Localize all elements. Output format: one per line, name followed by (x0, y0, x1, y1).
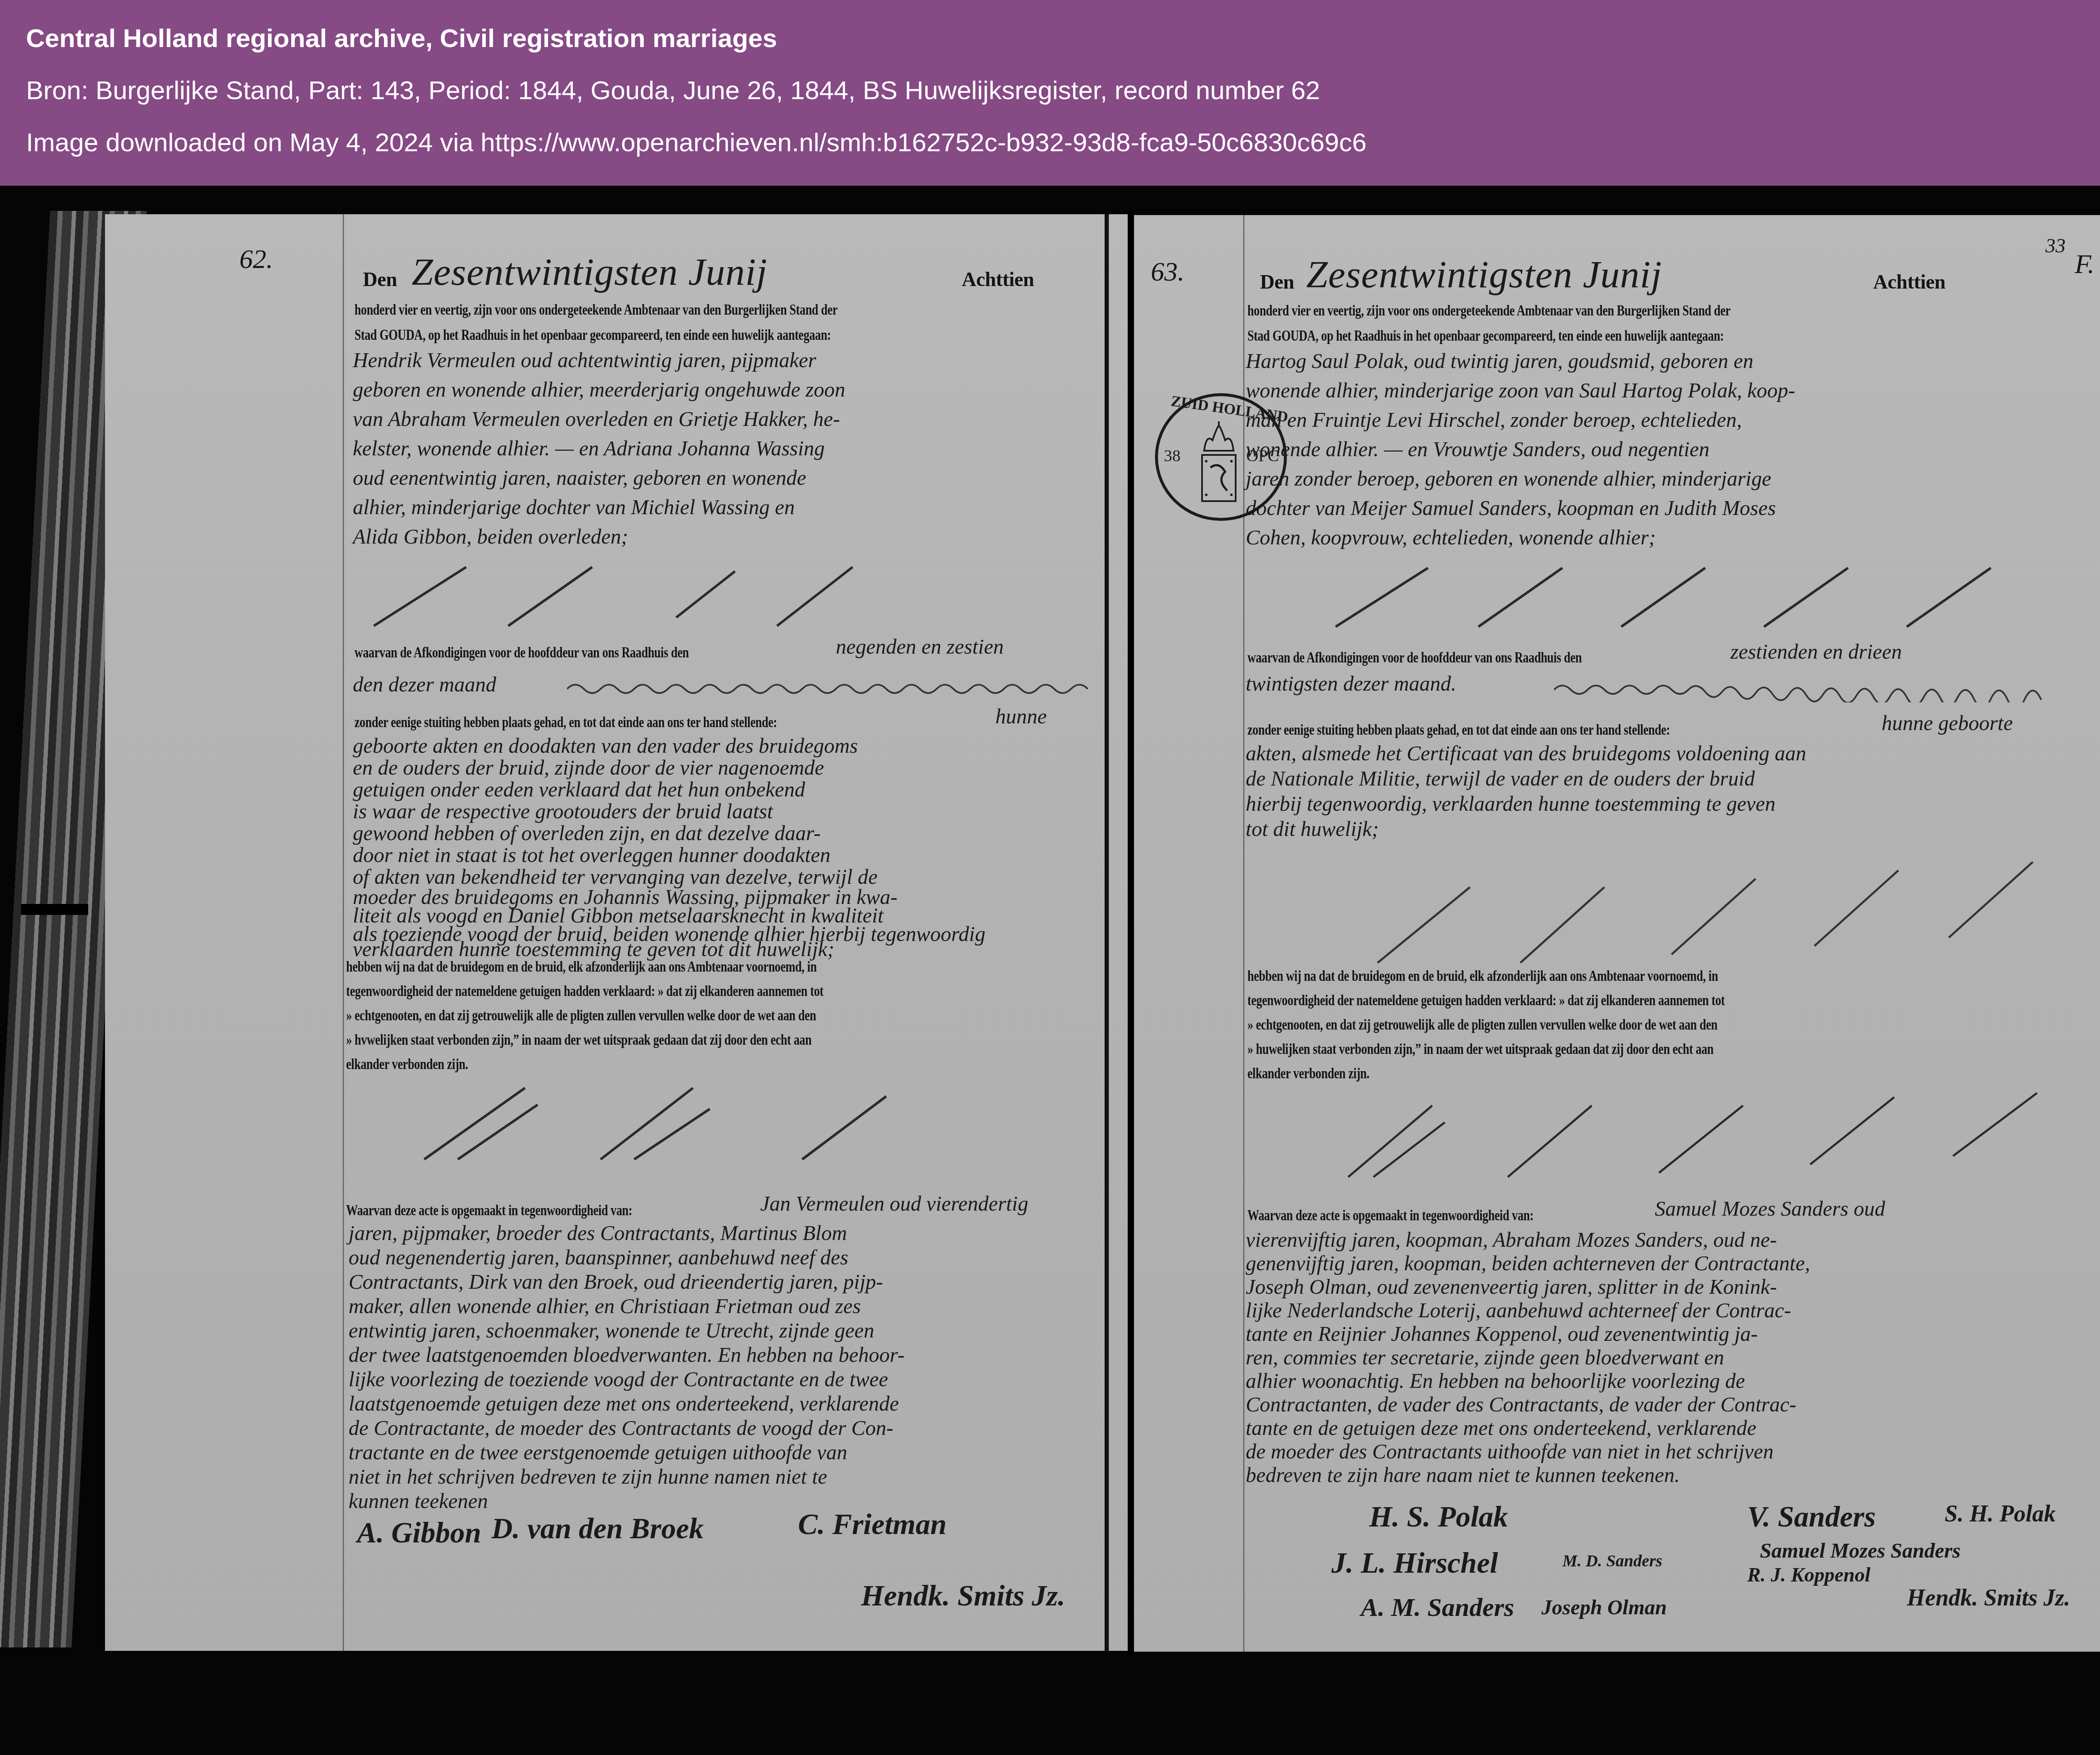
printed-line: » echtgenooten, en dat zij getrouwelijk … (1247, 1016, 1717, 1033)
left-page: 62. Den Zesentwintigsten Junij Achttien … (105, 214, 1130, 1651)
handwritten-line: vierenvijftig jaren, koopman, Abraham Mo… (1246, 1227, 1777, 1252)
printed-line: tegenwoordigheid der natemeldene getuige… (1247, 991, 1725, 1009)
printed-line: » huwelijken staat verbonden zijn,” in n… (1247, 1040, 1714, 1058)
handwritten-dates: zestienden en drieen (1730, 639, 1902, 664)
register-scan: 62. Den Zesentwintigsten Junij Achttien … (0, 186, 2100, 1755)
handwritten-date: Zesentwintigsten Junij (1306, 252, 1662, 297)
printed-achttien: Achttien (962, 268, 1034, 291)
printed-waarvan: Waarvan deze acte is opgemaakt in tegenw… (346, 1201, 632, 1219)
handwritten-line: ren, commies ter secretarie, zijnde geen… (1246, 1345, 1724, 1369)
folio-mark: F. (2075, 249, 2095, 280)
handwritten-line: Jan Vermeulen oud vierendertig (760, 1191, 1028, 1216)
handwritten-line: Alida Gibbon, beiden overleden; (353, 524, 628, 549)
handwritten-line: getuigen onder eeden verklaard dat het h… (353, 777, 805, 801)
handwritten-line: hierbij tegenwoordig, verklaarden hunne … (1246, 791, 1775, 816)
handwritten-line: wonende alhier. — en Vrouwtje Sanders, o… (1246, 437, 1709, 461)
handwritten-line: Hartog Saul Polak, oud twintig jaren, go… (1246, 349, 1753, 373)
source-citation: Bron: Burgerlijke Stand, Part: 143, Peri… (26, 76, 1320, 105)
handwritten-line: tractante en de twee eerstgenoemde getui… (349, 1440, 847, 1464)
handwritten-line: den dezer maand (353, 672, 496, 696)
printed-line: honderd vier en veertig, zijn voor ons o… (354, 301, 837, 318)
printed-line: » echtgenooten, en dat zij getrouwelijk … (346, 1006, 816, 1024)
handwritten-line: oud eenentwintig jaren, naaister, gebore… (353, 465, 806, 490)
handwritten-date: Zesentwintigsten Junij (412, 250, 767, 294)
printed-den: Den (1260, 271, 1294, 294)
handwritten-line: geboren en wonende alhier, meerderjarig … (353, 377, 845, 402)
handwritten-line: der twee laatstgenoemden bloedverwanten.… (349, 1343, 905, 1367)
line-filler (1554, 681, 2066, 702)
handwritten-line: genenvijftig jaren, koopman, beiden acht… (1246, 1251, 1810, 1275)
printed-line: Stad GOUDA, op het Raadhuis in het openb… (354, 326, 831, 344)
handwritten-line: entwintig jaren, schoenmaker, wonende te… (349, 1318, 874, 1343)
handwritten-line: laatstgenoemde getuigen deze met ons ond… (349, 1391, 899, 1416)
printed-afkondigingen: waarvan de Afkondigingen voor de hoofdde… (354, 644, 689, 661)
fill-flourish (1344, 837, 2100, 971)
fill-flourish (357, 550, 1113, 634)
printed-afkondigingen: waarvan de Afkondigingen voor de hoofdde… (1247, 649, 1582, 666)
handwritten-line: lijke voorlezing de toeziende voogd der … (349, 1367, 888, 1391)
crown-crest-icon (1200, 421, 1238, 505)
handwritten-line: dochter van Meijer Samuel Sanders, koopm… (1246, 496, 1776, 520)
archive-header: Central Holland regional archive, Civil … (0, 0, 2100, 186)
handwritten-line: bedreven te zijn hare naam niet te kunne… (1246, 1463, 1680, 1487)
printed-den: Den (363, 268, 397, 291)
signature: Samuel Mozes Sanders (1760, 1538, 1961, 1563)
stamp-text: 38 (1164, 446, 1181, 465)
page-tab-left (21, 904, 88, 915)
handwritten-line: gewoond hebben of overleden zijn, en dat… (353, 821, 821, 845)
printed-line: elkander verbonden zijn. (346, 1055, 468, 1073)
fill-flourish (1323, 1080, 2079, 1181)
signature: J. L. Hirschel (1331, 1547, 1498, 1580)
printed-zonder: zonder eenige stuiting hebben plaats geh… (354, 713, 777, 731)
fill-flourish (1302, 551, 2100, 635)
signature: D. van den Broek (491, 1512, 704, 1546)
archive-title: Central Holland regional archive, Civil … (26, 24, 777, 53)
printed-achttien: Achttien (1873, 271, 1945, 294)
handwritten-line: jaren, pijpmaker, broeder des Contractan… (349, 1221, 847, 1245)
line-filler (567, 680, 1113, 697)
handwritten-line: alhier, minderjarige dochter van Michiel… (353, 495, 795, 519)
registrar-signature: Hendk. Smits Jz. (861, 1579, 1065, 1613)
handwritten-word: hunne (995, 704, 1047, 728)
printed-line: Stad GOUDA, op het Raadhuis in het openb… (1247, 327, 1724, 344)
printed-line: » hvwelijken staat verbonden zijn,” in n… (346, 1031, 811, 1048)
signature: M. D. Sanders (1562, 1551, 1662, 1571)
page-border (1105, 214, 1109, 1651)
handwritten-line: maker, allen wonende alhier, en Christia… (349, 1294, 861, 1318)
handwritten-line: tante en Reijnier Johannes Koppenol, oud… (1246, 1322, 1758, 1346)
handwritten-line: Cohen, koopvrouw, echtelieden, wonende a… (1246, 525, 1656, 549)
tax-stamp: ZUID HOLLAND. 38 OPC (1155, 393, 1287, 521)
record-number: 63. (1151, 256, 1184, 287)
handwritten-line: van Abraham Vermeulen overleden en Griet… (353, 407, 840, 431)
printed-waarvan: Waarvan deze acte is opgemaakt in tegenw… (1247, 1206, 1533, 1224)
handwritten-dates: negenden en zestien (836, 634, 1004, 659)
handwritten-line: tante en de getuigen deze met ons ondert… (1246, 1416, 1756, 1440)
fill-flourish (399, 1071, 1113, 1164)
handwritten-line: Contractanten, de vader des Contractants… (1246, 1392, 1796, 1416)
handwritten-line: twintigsten dezer maand. (1246, 671, 1456, 696)
margin-rule (343, 214, 344, 1651)
handwritten-line: wonende alhier, minderjarige zoon van Sa… (1246, 378, 1795, 402)
printed-line: hebben wij na dat de bruidegom en de bru… (1247, 967, 1718, 985)
handwritten-line: niet in het schrijven bedreven te zijn h… (349, 1464, 827, 1489)
handwritten-line: de Nationale Militie, terwijl de vader e… (1246, 766, 1755, 791)
handwritten-line: Hendrik Vermeulen oud achtentwintig jare… (353, 348, 816, 372)
handwritten-word: hunne geboorte (1882, 711, 2013, 735)
handwritten-line: lijke Nederlandsche Loterij, aanbehuwd a… (1246, 1298, 1791, 1322)
printed-zonder: zonder eenige stuiting hebben plaats geh… (1247, 721, 1670, 738)
handwritten-line: Contractants, Dirk van den Broek, oud dr… (349, 1269, 883, 1294)
handwritten-line: akten, alsmede het Certificaat van des b… (1246, 741, 1806, 765)
handwritten-line: kunnen teekenen (349, 1489, 488, 1513)
signature: C. Frietman (798, 1508, 947, 1542)
handwritten-line: en de ouders der bruid, zijnde door de v… (353, 755, 824, 780)
handwritten-line: alhier woonachtig. En hebben na behoorli… (1246, 1369, 1745, 1393)
handwritten-line: oud negenendertig jaren, baanspinner, aa… (349, 1245, 848, 1269)
handwritten-line: kelster, wonende alhier. — en Adriana Jo… (353, 436, 825, 460)
printed-line: elkander verbonden zijn. (1247, 1064, 1369, 1082)
record-number: 62. (239, 244, 273, 275)
download-note: Image downloaded on May 4, 2024 via http… (26, 128, 1367, 158)
handwritten-line: Joseph Olman, oud zevenenveertig jaren, … (1246, 1274, 1777, 1299)
handwritten-line: jaren zonder beroep, geboren en wonende … (1246, 466, 1771, 491)
signature: A. Gibbon (357, 1516, 481, 1550)
printed-line: honderd vier en veertig, zijn voor ons o… (1247, 302, 1730, 319)
signature: Joseph Olman (1541, 1595, 1667, 1619)
stamp-text: OPC (1246, 446, 1279, 465)
handwritten-line: geboorte akten en doodakten van den vade… (353, 733, 858, 758)
signature: A. M. Sanders (1361, 1593, 1514, 1623)
printed-line: hebben wij na dat de bruidegom en de bru… (346, 958, 816, 975)
signature: S. H. Polak (1945, 1500, 2055, 1527)
handwritten-line: door niet in staat is tot het overleggen… (353, 843, 830, 867)
handwritten-line: man en Fruintje Levi Hirschel, zonder be… (1246, 407, 1742, 432)
handwritten-line: is waar de respective grootouders der br… (353, 799, 773, 823)
signature: R. J. Koppenol (1747, 1563, 1870, 1587)
folio-number: 33 (2045, 234, 2066, 257)
signature: H. S. Polak (1369, 1500, 1508, 1534)
handwritten-line: de moeder des Contractants uithoofde van… (1246, 1439, 1774, 1463)
handwritten-line: de Contractante, de moeder des Contracta… (349, 1416, 893, 1440)
handwritten-line: Samuel Mozes Sanders oud (1655, 1196, 1885, 1221)
registrar-signature: Hendk. Smits Jz. (1907, 1584, 2070, 1611)
printed-line: tegenwoordigheid der natemeldene getuige… (346, 982, 824, 1000)
signature: V. Sanders (1747, 1500, 1876, 1534)
